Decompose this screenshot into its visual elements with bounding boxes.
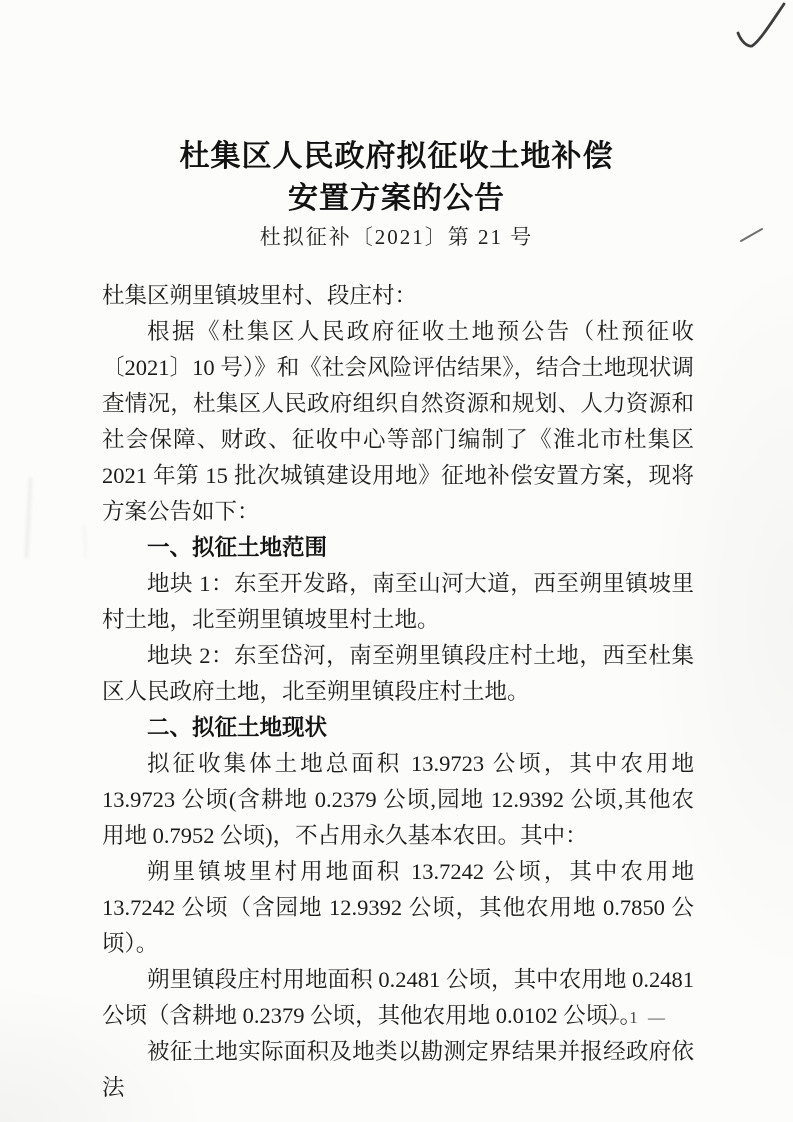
intro-paragraph: 根据《杜集区人民政府征收土地预公告（杜预征收〔2021〕10 号）》和《社会风险… (102, 314, 694, 530)
handwritten-checkmark-icon (728, 0, 790, 58)
section-heading-1: 一、拟征土地范围 (102, 530, 694, 566)
document-number: 杜拟征补〔2021〕第 21 号 (0, 221, 793, 251)
parcel-2-paragraph: 地块 2：东至岱河，南至朔里镇段庄村土地，西至杜集区人民政府土地，北至朔里镇段庄… (102, 638, 694, 710)
document-title: 杜集区人民政府拟征收土地补偿 安置方案的公告 (0, 136, 793, 220)
title-line-2: 安置方案的公告 (0, 178, 793, 220)
survey-paragraph: 被征土地实际面积及地类以勘测定界结果并报经政府依法 (102, 1034, 694, 1106)
document-body: 杜集区朔里镇坡里村、段庄村： 根据《杜集区人民政府征收土地预公告（杜预征收〔20… (102, 278, 694, 1106)
poli-village-paragraph: 朔里镇坡里村用地面积 13.7242 公顷，其中农用地 13.7242 公顷（含… (102, 854, 694, 962)
section-heading-2: 二、拟征土地现状 (102, 710, 694, 746)
scan-smudge-mark (25, 478, 32, 558)
parcel-1-paragraph: 地块 1：东至开发路，南至山河大道，西至朔里镇坡里村土地，北至朔里镇坡里村土地。 (102, 566, 694, 638)
title-line-1: 杜集区人民政府拟征收土地补偿 (0, 136, 793, 178)
document-page: 杜集区人民政府拟征收土地补偿 安置方案的公告 杜拟征补〔2021〕第 21 号 … (0, 0, 793, 1122)
addressee-line: 杜集区朔里镇坡里村、段庄村： (102, 278, 694, 314)
page-number: — 1 — (570, 1008, 700, 1028)
total-area-paragraph: 拟征收集体土地总面积 13.9723 公顷，其中农用地 13.9723 公顷(含… (102, 746, 694, 854)
scan-smudge-mark (83, 525, 87, 559)
